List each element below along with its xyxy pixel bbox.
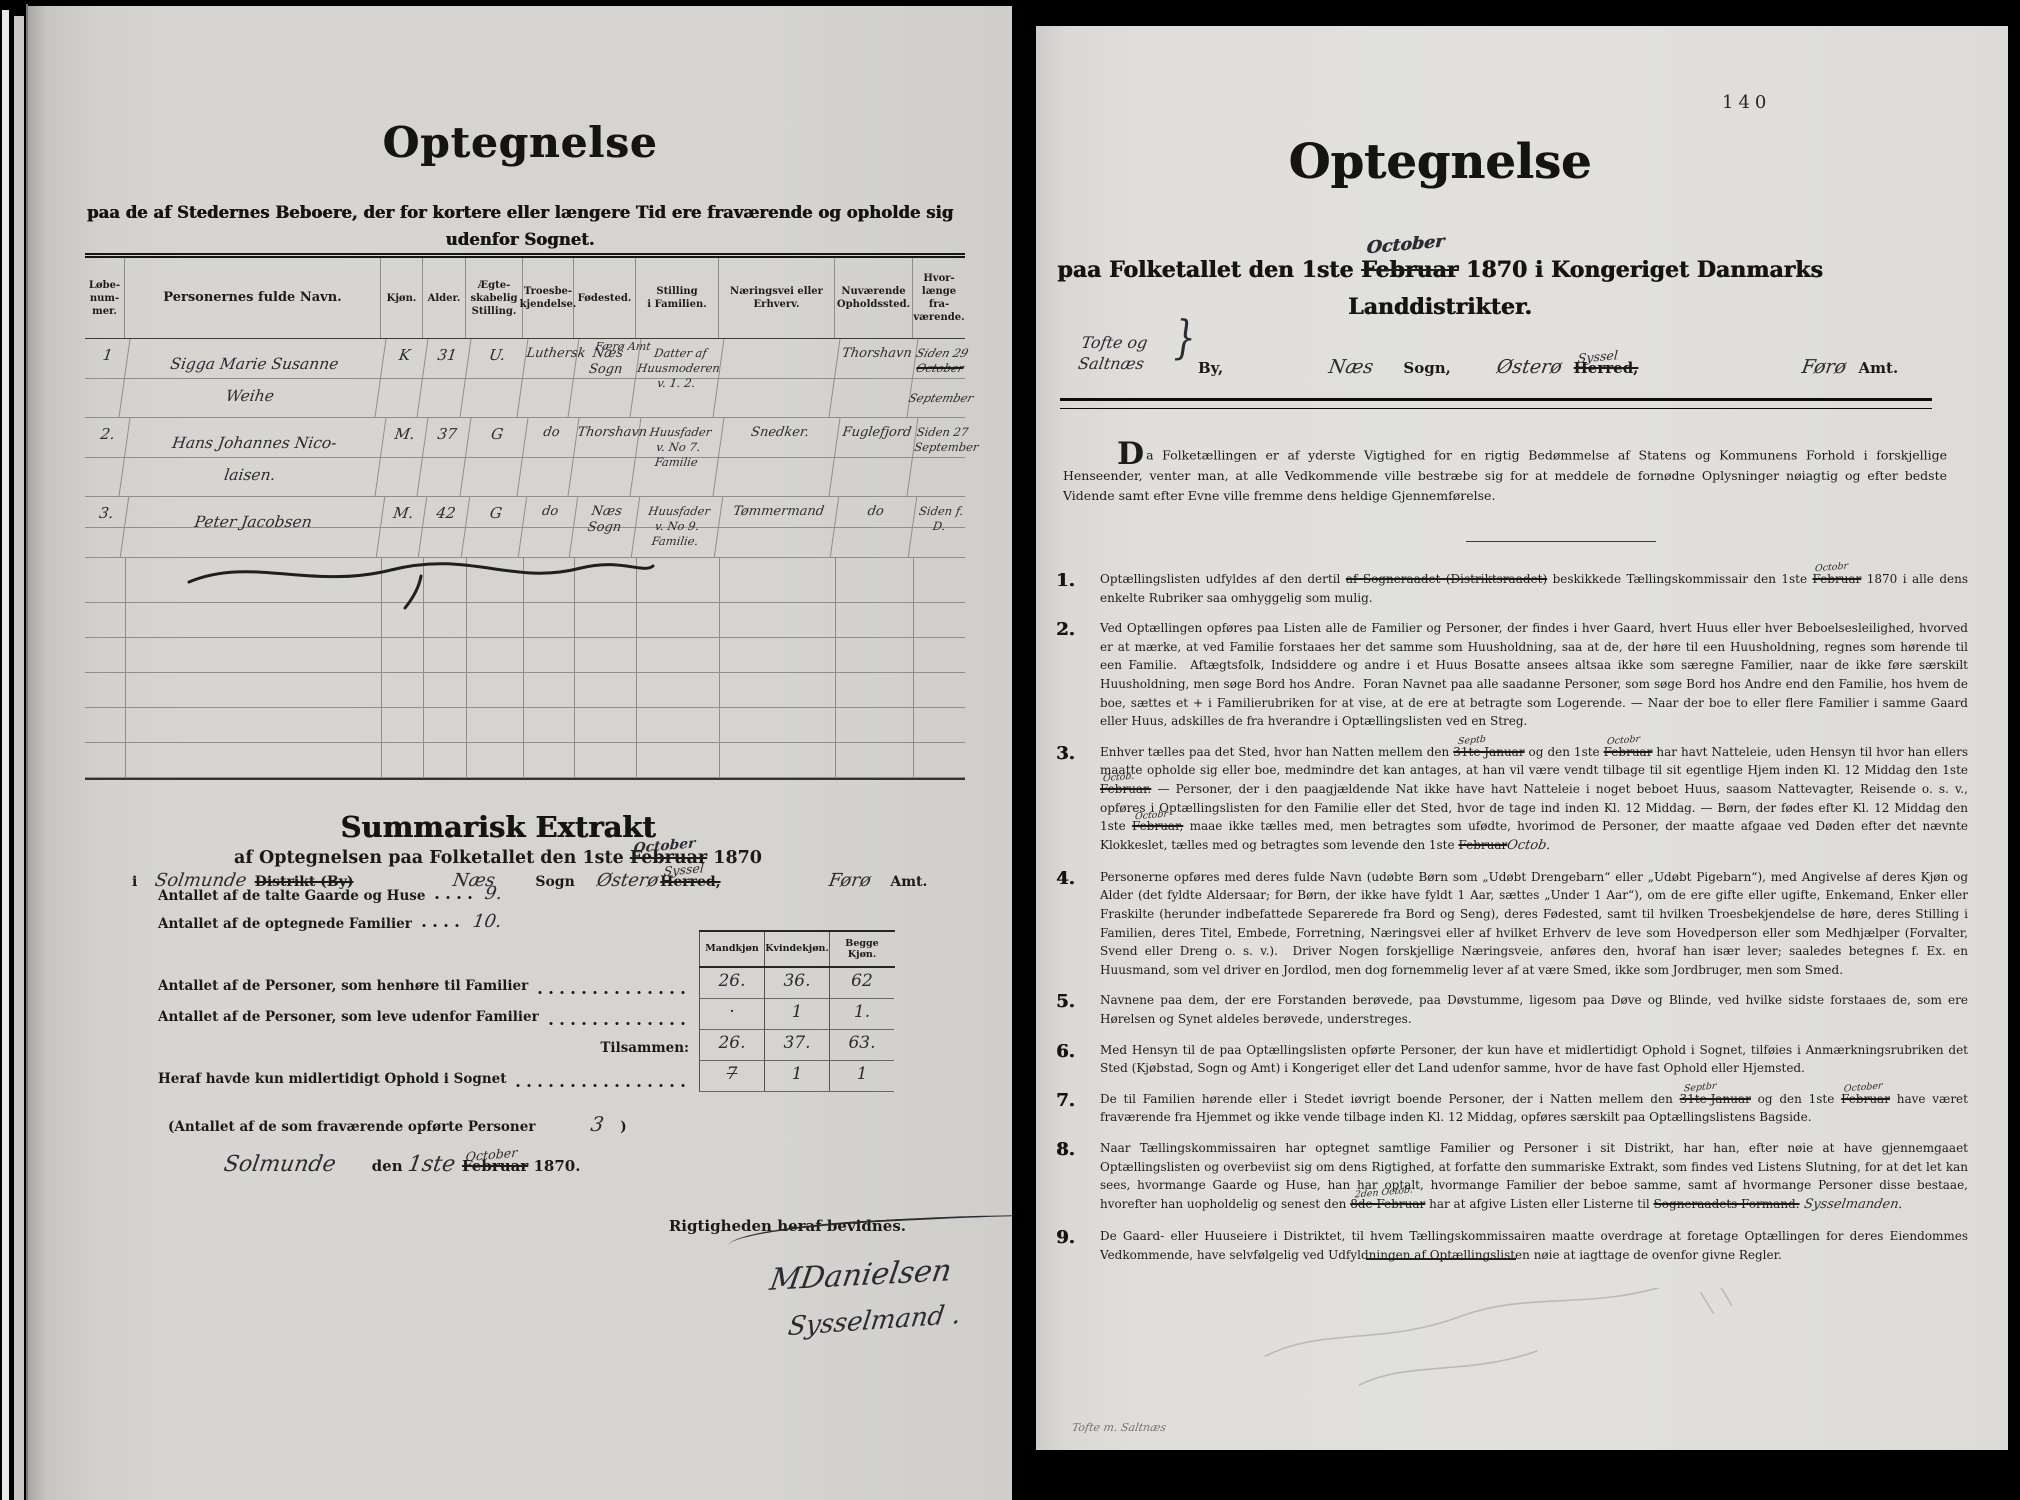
location-towns: Tofte og Saltnæs	[1077, 332, 1149, 374]
item-number: 4.	[1056, 868, 1100, 980]
right-page: 140 Optegnelse paa Folketallet den 1ste …	[1036, 26, 2008, 1450]
summary-col-mandkjon: Mandkjøn	[699, 932, 764, 966]
col-header-stilling: Stilling i Familien.	[636, 258, 719, 338]
right-page-title: Optegnelse	[1036, 134, 1880, 190]
signature-title: Sysselmand .	[786, 1300, 963, 1342]
instruction-list: 1. Optællingslisten udfyldes af den dert…	[1056, 570, 1968, 1276]
left-page: Optegnelse paa de af Stedernes Beboere, …	[28, 6, 1012, 1500]
instruction-item: 6. Med Hensyn til de paa Optællingsliste…	[1056, 1041, 1968, 1078]
absent-persons-note: (Antallet af de som fraværende opførte P…	[168, 1112, 627, 1136]
table-header-row: Løbe- num- mer. Personernes fulde Navn. …	[85, 253, 965, 339]
cell-birthplace: Næs Sogn	[569, 339, 642, 417]
col-header-naeringsvei: Næringsvei eller Erhverv.	[719, 258, 835, 338]
scan-edge-artifact	[2, 10, 9, 1500]
dotted-leader	[422, 924, 466, 927]
cell-absence: Siden 29 October September	[908, 339, 971, 417]
cell-occupation	[714, 339, 841, 417]
dotted-leader	[435, 896, 476, 899]
instruction-item: 2. Ved Optællingen opføres paa Listen al…	[1056, 619, 1968, 731]
cell-occupation: Tømmermand	[715, 497, 839, 557]
summary-value: 63.	[829, 1030, 894, 1061]
scanned-book-spread: Optegnelse paa de af Stedernes Beboere, …	[0, 0, 2020, 1500]
summary-value: 1	[764, 1061, 829, 1092]
col-header-lobenummer: Løbe- num- mer.	[85, 258, 125, 338]
col-header-kjon: Kjøn.	[381, 258, 423, 338]
table-body: Færø Amt 1 Sigga Marie Susanne Weihe K 3…	[85, 339, 965, 780]
empty-table-row	[85, 673, 965, 708]
item-number: 8.	[1056, 1139, 1100, 1215]
item-number: 1.	[1056, 570, 1100, 607]
cell-family-position: Datter af Huusmoderen v. 1. 2.	[631, 339, 725, 417]
summary-table: Mandkjøn Kvindekjøn. Begge Kjøn. Antalle…	[158, 930, 895, 1092]
cell-birthplace: Næs Sogn	[570, 497, 640, 557]
instruction-item: 3. Enhver tælles paa det Sted, hvor han …	[1056, 743, 1968, 856]
summary-col-beggekjon: Begge Kjøn.	[829, 932, 894, 966]
item-text: De Gaard- eller Huuseiere i Distriktet, …	[1100, 1227, 1968, 1264]
col-header-troesbekjendelse: Troesbe- kjendelse.	[523, 258, 574, 338]
col-header-opholdssted: Nuværende Opholdssted.	[835, 258, 913, 338]
cell-name: Peter Jacobsen	[121, 497, 385, 557]
signature: MDanielsen	[767, 1253, 954, 1298]
empty-table-row	[85, 708, 965, 743]
count-lines: Antallet af de talte Gaarde og Huse 9. A…	[158, 876, 502, 932]
dotted-leader	[549, 1022, 691, 1025]
item-number: 5.	[1056, 991, 1100, 1028]
item-text: Med Hensyn til de paa Optællingslisten o…	[1100, 1041, 1968, 1078]
summary-row: Antallet af de Personer, som henhøre til…	[158, 968, 895, 999]
item-text: Personerne opføres med deres fulde Navn …	[1100, 868, 1968, 980]
table-row: 3. Peter Jacobsen M. 42 G do Næs Sogn Hu…	[85, 497, 965, 558]
instruction-item: 8. Naar Tællingskommissairen har optegne…	[1056, 1139, 1968, 1215]
summary-label: Heraf havde kun midlertidigt Ophold i So…	[158, 1071, 506, 1092]
summary-value: 1	[764, 999, 829, 1030]
extract-subtitle: af Optegnelsen paa Folketallet den 1ste …	[28, 848, 968, 868]
empty-table-row	[85, 743, 965, 778]
table-row: 1 Sigga Marie Susanne Weihe K 31 U. Luth…	[85, 339, 965, 418]
double-rule	[1060, 398, 1932, 409]
summary-value: 37.	[764, 1030, 829, 1061]
instruction-item: 7. De til Familien hørende eller i Stede…	[1056, 1090, 1968, 1127]
entry-separator-row	[85, 558, 965, 603]
cell-birthplace: Thorshavn	[569, 418, 642, 496]
brace-glyph: }	[1174, 310, 1196, 364]
item-text: Enhver tælles paa det Sted, hvor han Nat…	[1100, 743, 1968, 856]
summary-row: Heraf havde kun midlertidigt Ophold i So…	[158, 1061, 895, 1092]
count-value: 10.	[472, 911, 504, 932]
faint-pencil-marks	[1236, 1288, 1756, 1418]
cell-residence: Thorshavn	[830, 339, 919, 417]
summary-value: 26.	[699, 1030, 764, 1061]
cell-name: Sigga Marie Susanne Weihe	[120, 339, 387, 417]
intro-paragraph: Da Folketællingen er af yderste Vigtighe…	[1063, 443, 1947, 506]
summary-value: 1.	[829, 999, 894, 1030]
item-number: 6.	[1056, 1041, 1100, 1078]
cell-residence: Fuglefjord	[830, 418, 919, 496]
location-line: By,NæsSogn,ØsterøHerred,SysselFørøAmt.	[1198, 356, 1998, 378]
item-number: 9.	[1056, 1227, 1100, 1264]
absentees-table: Løbe- num- mer. Personernes fulde Navn. …	[85, 253, 965, 780]
item-text: De til Familien hørende eller i Stedet i…	[1100, 1090, 1968, 1127]
summary-label: Tilsammen:	[600, 1040, 699, 1061]
instruction-item: 5. Navnene paa dem, der ere Forstanden b…	[1056, 991, 1968, 1028]
dotted-leader	[538, 991, 691, 994]
item-number: 7.	[1056, 1090, 1100, 1127]
item-number: 2.	[1056, 619, 1100, 731]
left-page-title: Optegnelse	[28, 118, 1012, 167]
section-divider	[1466, 541, 1656, 542]
summary-value: 62	[829, 968, 894, 999]
summary-value-struck: 7	[699, 1061, 764, 1092]
item-text: Naar Tællingskommissairen har optegnet s…	[1100, 1139, 1968, 1215]
table-row: 2. Hans Johannes Nico- laisen. M. 37 G d…	[85, 418, 965, 497]
col-header-hvorlaenge: Hvor- længe fra- værende.	[913, 258, 965, 338]
summary-value: 1	[829, 1061, 894, 1092]
col-header-name: Personernes fulde Navn.	[125, 258, 381, 338]
summary-col-kvindekjon: Kvindekjøn.	[764, 932, 829, 966]
count-label: Antallet af de talte Gaarde og Huse	[158, 888, 425, 904]
item-number: 3.	[1056, 743, 1100, 856]
instruction-item: 4. Personerne opføres med deres fulde Na…	[1056, 868, 1968, 980]
item-text: Optællingslisten udfyldes af den dertil …	[1100, 570, 1968, 607]
cell-family-position: Huusfader v. No 7. Familie	[631, 418, 725, 496]
item-text: Ved Optællingen opføres paa Listen alle …	[1100, 619, 1968, 731]
cell-occupation: Snedker.	[714, 418, 841, 496]
summary-row-total: Tilsammen: 26. 37. 63.	[158, 1030, 895, 1061]
cell-family-position: Huusfader v. No 9. Familie.	[632, 497, 723, 557]
empty-table-row	[85, 638, 965, 673]
closing-rule	[1366, 1258, 1516, 1260]
cell-absence: Siden f. D.	[909, 497, 969, 557]
left-page-subtitle: paa de af Stedernes Beboere, der for kor…	[70, 199, 970, 253]
corner-annotation: Tofte m. Saltnæs	[1071, 1421, 1167, 1434]
cell-marital: G	[462, 497, 527, 557]
place-and-date-line: Solmundeden 1ste FebruarOctober 1870.	[224, 1152, 580, 1177]
instruction-item: 1. Optællingslisten udfyldes af den dert…	[1056, 570, 1968, 607]
summary-table-header: Mandkjøn Kvindekjøn. Begge Kjøn.	[699, 930, 895, 968]
cell-name: Hans Johannes Nico- laisen.	[120, 418, 387, 496]
item-text: Navnene paa dem, der ere Forstanden berø…	[1100, 991, 1968, 1028]
cell-absence: Siden 27 September	[908, 418, 971, 496]
col-header-alder: Alder.	[423, 258, 466, 338]
extract-title: Summarisk Extrakt	[28, 810, 968, 844]
summary-row: Antallet af de Personer, som leve udenfo…	[158, 999, 895, 1030]
summary-value: 26.	[699, 968, 764, 999]
scan-edge-artifact	[14, 16, 24, 1500]
summary-label: Antallet af de Personer, som leve udenfo…	[158, 1009, 539, 1030]
count-line: Antallet af de talte Gaarde og Huse 9.	[158, 876, 502, 904]
count-value: 9.	[483, 883, 504, 904]
cell-residence: do	[831, 497, 917, 557]
col-header-aegteskabelig: Ægte- skabelig Stilling.	[466, 258, 523, 338]
right-page-subtitle: paa Folketallet den 1ste FebruarOctober …	[1036, 252, 1880, 326]
page-number: 140	[1722, 92, 1771, 113]
summary-value: 36.	[764, 968, 829, 999]
entry-separator-flourish	[181, 550, 681, 610]
cell-faith: do	[519, 497, 578, 557]
summary-value: ·	[699, 999, 764, 1030]
col-header-fodested: Fødested.	[574, 258, 636, 338]
count-line: Antallet af de optegnede Familier 10.	[158, 904, 502, 932]
dotted-leader	[516, 1084, 691, 1087]
summary-label: Antallet af de Personer, som henhøre til…	[158, 978, 528, 999]
